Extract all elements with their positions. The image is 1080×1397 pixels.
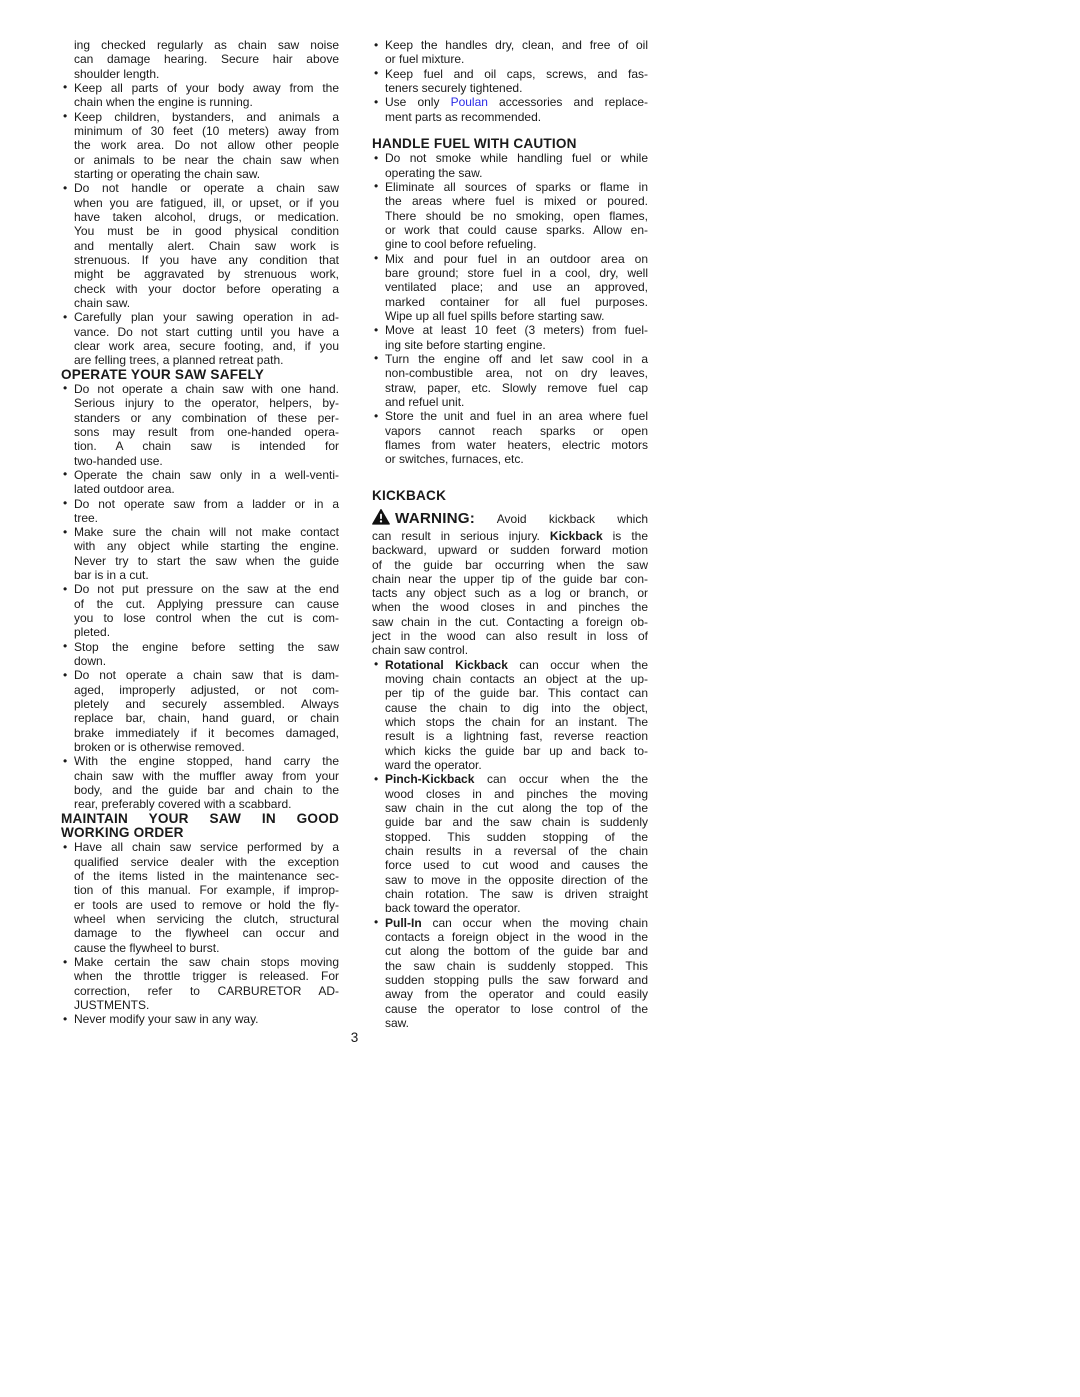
bullet-icon: • <box>63 1012 67 1026</box>
section-heading: OPERATE YOUR SAW SAFELY <box>61 368 339 382</box>
bullet-icon: • <box>374 66 378 80</box>
bullet-item: •Pull-In can occur when the moving chain… <box>372 916 648 1031</box>
text-line: You must be in good physical condition <box>74 224 339 238</box>
bullet-icon: • <box>374 772 378 786</box>
text-line: ventilated place; and use an approved, <box>385 280 648 294</box>
text-line: There should be no smoking, open flames, <box>385 209 648 223</box>
text-line: Do not put pressure on the saw at the en… <box>74 582 339 596</box>
text-line: Make sure the chain will not make contac… <box>74 525 339 539</box>
text-line: when you are fatigued, ill, or upset, or… <box>74 196 339 210</box>
bullet-item: •Keep children, bystanders, and animals … <box>61 110 339 182</box>
text-line: of the guide bar occurring when the saw <box>372 558 648 572</box>
text-line: Use only Poulan accessories and replace- <box>385 95 648 109</box>
text-line: can damage hearing. Secure hair above <box>74 52 339 66</box>
text-line: Keep the handles dry, clean, and free of… <box>385 38 648 52</box>
bullet-icon: • <box>63 310 67 324</box>
bullet-icon: • <box>63 109 67 123</box>
text-line: standers or any combination of these per… <box>74 411 339 425</box>
bullet-item: •Do not operate a chain saw that is dam-… <box>61 668 339 754</box>
bullet-icon: • <box>63 668 67 682</box>
text-line: qualified service dealer with the except… <box>74 855 339 869</box>
text-line: which stops the chain for an instant. Th… <box>385 715 648 729</box>
text-line: wood closes in and pinches the moving <box>385 787 648 801</box>
text-line: brake immediately if it becomes damaged, <box>74 726 339 740</box>
text-line: broken or is otherwise removed. <box>74 740 339 754</box>
text-line: backward, upward or sudden forward motio… <box>372 543 648 557</box>
bullet-icon: • <box>63 639 67 653</box>
bullet-item: •Have all chain saw service performed by… <box>61 840 339 955</box>
text-line: of the items listed in the maintenance s… <box>74 869 339 883</box>
text-line: minimum of 30 feet (10 meters) away from <box>74 124 339 138</box>
text-line: of the cut. Applying pressure can cause <box>74 597 339 611</box>
text-line: WORKING ORDER <box>61 826 339 840</box>
text-line: flames from water heaters, electric moto… <box>385 438 648 452</box>
text-line: the saw chain is suddenly stopped. This <box>385 959 648 973</box>
bullet-item: •Pinch-Kickback can occur when the thewo… <box>372 772 648 915</box>
text-line: ing site before starting engine. <box>385 338 648 352</box>
bullet-item: •Stop the engine before setting the sawd… <box>61 640 339 669</box>
bullet-icon: • <box>374 657 378 671</box>
text-line: contacts a foreign object in the wood in… <box>385 930 648 944</box>
text-line: tree. <box>74 511 339 525</box>
text-line: HANDLE FUEL WITH CAUTION <box>372 137 648 151</box>
text-line: ment parts as recommended. <box>385 110 648 124</box>
text-line: you to lose control when the cut is com- <box>74 611 339 625</box>
text-line: Wipe up all fuel spills before starting … <box>385 309 648 323</box>
text-line: strenuous. If you have any condition tha… <box>74 253 339 267</box>
bullet-icon: • <box>374 95 378 109</box>
text-line: pletely and securely assembled. Always <box>74 697 339 711</box>
bullet-icon: • <box>63 80 67 94</box>
text-line: body, and the guide bar and chain to the <box>74 783 339 797</box>
bullet-item: •Move at least 10 feet (3 meters) from f… <box>372 323 648 352</box>
text-line: guide bar and the saw chain is suddenly <box>385 815 648 829</box>
section-heading: HANDLE FUEL WITH CAUTION <box>372 137 648 151</box>
text-line: moving chain contacts an object at the u… <box>385 672 648 686</box>
bullet-icon: • <box>374 38 378 52</box>
text-line: Do not operate a chain saw that is dam- <box>74 668 339 682</box>
text-line: saw chain in the cut along the top of th… <box>385 801 648 815</box>
text-line: or fuel mixture. <box>385 52 648 66</box>
bullet-icon: • <box>63 381 67 395</box>
bullet-icon: • <box>63 525 67 539</box>
text-line: Carefully plan your sawing operation in … <box>74 310 339 324</box>
text-line: cause the flywheel to burst. <box>74 941 339 955</box>
bullet-icon: • <box>374 915 378 929</box>
bullet-icon: • <box>374 251 378 265</box>
text-line: gine to cool before refueling. <box>385 237 648 251</box>
bullet-item: •Carefully plan your sawing operation in… <box>61 310 339 367</box>
text-line: KICKBACK <box>372 489 648 503</box>
text-line: the work area. Do not allow other people <box>74 138 339 152</box>
bullet-item: •Do not handle or operate a chain sawwhe… <box>61 181 339 310</box>
text-line: marked container for all fuel purposes. <box>385 295 648 309</box>
text-line: or switches, furnaces, etc. <box>385 452 648 466</box>
text-line: damage to the flywheel can occur and <box>74 926 339 940</box>
text-line: two-handed use. <box>74 454 339 468</box>
bullet-icon: • <box>63 496 67 510</box>
column-right: •Keep the handles dry, clean, and free o… <box>372 38 648 1030</box>
text-line: Do not operate saw from a ladder or in a <box>74 497 339 511</box>
text-line: With the engine stopped, hand carry the <box>74 754 339 768</box>
text-line: might be aggravated by strenuous work, <box>74 267 339 281</box>
bullet-icon: • <box>63 582 67 596</box>
text-line: Stop the engine before setting the saw <box>74 640 339 654</box>
text-line: the areas where fuel is mixed or poured. <box>385 194 648 208</box>
bullet-icon: • <box>63 955 67 969</box>
text-line: Mix and pour fuel in an outdoor area on <box>385 252 648 266</box>
text-line: ward the operator. <box>385 758 648 772</box>
warning-triangle-icon <box>372 509 390 525</box>
text-line: cause the chain to dig into the object, <box>385 701 648 715</box>
section-heading: MAINTAIN YOUR SAW IN GOODWORKING ORDER <box>61 812 339 841</box>
text-line: Rotational Kickback can occur when the <box>385 658 648 672</box>
text-line: with any object while starting the engin… <box>74 539 339 553</box>
bullet-icon: • <box>374 179 378 193</box>
bullet-item: •Do not operate saw from a ladder or in … <box>61 497 339 526</box>
text-line: sudden stopping pulls the saw forward an… <box>385 973 648 987</box>
bullet-icon: • <box>63 467 67 481</box>
bullet-icon: • <box>63 840 67 854</box>
text-line: chain saw with the muffler away from you… <box>74 769 339 783</box>
text-line: can result in serious injury. Kickback i… <box>372 529 648 543</box>
text-line: per tip of the guide bar. This contact c… <box>385 686 648 700</box>
text-line: saw chain in the cut. Contacting a forei… <box>372 615 648 629</box>
bullet-item: •Operate the chain saw only in a well-ve… <box>61 468 339 497</box>
bullet-item: •Do not operate a chain saw with one han… <box>61 382 339 468</box>
bullet-item: •Never modify your saw in any way. <box>61 1012 339 1026</box>
text-line: lated outdoor area. <box>74 482 339 496</box>
text-line: ject in the wood can also result in loss… <box>372 629 648 643</box>
text-line: saw to move in the opposite direction of… <box>385 873 648 887</box>
text-line: Keep children, bystanders, and animals a <box>74 110 339 124</box>
bullet-item: •With the engine stopped, hand carry the… <box>61 754 339 811</box>
text-line: cause the operator to lose control of th… <box>385 1002 648 1016</box>
text-line: Move at least 10 feet (3 meters) from fu… <box>385 323 648 337</box>
warning-label: WARNING: <box>395 510 475 527</box>
text-line: Store the unit and fuel in an area where… <box>385 409 648 423</box>
text-line: Turn the engine off and let saw cool in … <box>385 352 648 366</box>
text-line: aged, improperly adjusted, or not com- <box>74 683 339 697</box>
text-line: and refuel unit. <box>385 395 648 409</box>
text-line: clear work area, secure footing, and, if… <box>74 339 339 353</box>
bullet-item: •Rotational Kickback can occur when them… <box>372 658 648 773</box>
text-line: Do not handle or operate a chain saw <box>74 181 339 195</box>
text-line: pleted. <box>74 625 339 639</box>
manual-page: ing checked regularly as chain saw noise… <box>0 0 1080 1397</box>
section-heading: KICKBACK <box>372 489 648 503</box>
text-line: or animals to be near the chain saw when <box>74 153 339 167</box>
bullet-icon: • <box>63 181 67 195</box>
text-line: Eliminate all sources of sparks or flame… <box>385 180 648 194</box>
text-line: er tools are used to remove or hold the … <box>74 898 339 912</box>
text-line: down. <box>74 654 339 668</box>
bullet-item: •Turn the engine off and let saw cool in… <box>372 352 648 409</box>
text-line: chain near the upper tip of the guide ba… <box>372 572 648 586</box>
text-line: Keep fuel and oil caps, screws, and fas- <box>385 67 648 81</box>
text-line: ing checked regularly as chain saw noise <box>74 38 339 52</box>
bullet-icon: • <box>374 409 378 423</box>
text-line: back toward the operator. <box>385 901 648 915</box>
text-line: non-combustible area, not on dry leaves, <box>385 366 648 380</box>
text-line: Never modify your saw in any way. <box>74 1012 339 1026</box>
bullet-item: •Do not smoke while handling fuel or whi… <box>372 151 648 180</box>
text-line: JUSTMENTS. <box>74 998 339 1012</box>
text-line: Have all chain saw service performed by … <box>74 840 339 854</box>
text-line: Pull-In can occur when the moving chain <box>385 916 648 930</box>
bullet-icon: • <box>374 351 378 365</box>
bullet-icon: • <box>63 754 67 768</box>
text-line: bare ground; store fuel in a cool, dry, … <box>385 266 648 280</box>
text-line: WARNING: Avoid kickback which <box>372 509 648 529</box>
text-line: which kicks the guide bar up and back to… <box>385 744 648 758</box>
bullet-item: •Keep all parts of your body away from t… <box>61 81 339 110</box>
text-line: OPERATE YOUR SAW SAFELY <box>61 368 339 382</box>
text-line: chain saw control. <box>372 643 648 657</box>
text-line: and mentally alert. Chain saw work is <box>74 239 339 253</box>
text-line: result is a lightning fast, reverse reac… <box>385 729 648 743</box>
text-line: Do not operate a chain saw with one hand… <box>74 382 339 396</box>
text-line: replace bar, chain, hand guard, or chain <box>74 711 339 725</box>
bullet-item: •Make certain the saw chain stops moving… <box>61 955 339 1012</box>
text-line: shoulder length. <box>74 67 339 81</box>
text-line: chain saw. <box>74 296 339 310</box>
paragraph-continuation: ing checked regularly as chain saw noise… <box>61 38 339 81</box>
text-line: sons may result from one-handed opera- <box>74 425 339 439</box>
text-line: bar is in a cut. <box>74 568 339 582</box>
bullet-item: •Store the unit and fuel in an area wher… <box>372 409 648 466</box>
bullet-item: •Mix and pour fuel in an outdoor area on… <box>372 252 648 324</box>
page-number: 3 <box>61 1030 648 1045</box>
text-line: vance. Do not start cutting until you ha… <box>74 325 339 339</box>
text-line: when the wood closes in and pinches the <box>372 600 648 614</box>
text-line: are felling trees, a planned retreat pat… <box>74 353 339 367</box>
text-line: tion of this manual. For example, if imp… <box>74 883 339 897</box>
column-left: ing checked regularly as chain saw noise… <box>61 38 339 1027</box>
text-line: chain rotation. The saw is driven straig… <box>385 887 648 901</box>
text-line: chain when the engine is running. <box>74 95 339 109</box>
text-line: away from the operator and could easily <box>385 987 648 1001</box>
text-line: Never try to start the saw when the guid… <box>74 554 339 568</box>
text-line: tion. A chain saw is intended for <box>74 439 339 453</box>
text-line: cut along the bottom of the guide bar an… <box>385 944 648 958</box>
bullet-item: •Make sure the chain will not make conta… <box>61 525 339 582</box>
bullet-item: •Keep fuel and oil caps, screws, and fas… <box>372 67 648 96</box>
text-line: teners securely tightened. <box>385 81 648 95</box>
text-line: straw, paper, etc. Slowly remove fuel ca… <box>385 381 648 395</box>
bullet-item: •Eliminate all sources of sparks or flam… <box>372 180 648 252</box>
text-line: starting or operating the chain saw. <box>74 167 339 181</box>
text-line: have taken alcohol, drugs, or medication… <box>74 210 339 224</box>
text-line: Keep all parts of your body away from th… <box>74 81 339 95</box>
text-line: tacts any object such as a log or branch… <box>372 586 648 600</box>
text-line: Make certain the saw chain stops moving <box>74 955 339 969</box>
text-line: check with your doctor before operating … <box>74 282 339 296</box>
text-line: correction, refer to CARBURETOR AD- <box>74 984 339 998</box>
text-line: rear, preferably covered with a scabbard… <box>74 797 339 811</box>
bullet-item: •Keep the handles dry, clean, and free o… <box>372 38 648 67</box>
bullet-icon: • <box>374 323 378 337</box>
text-line: chain results in a reversal of the chain <box>385 844 648 858</box>
text-line: vapors cannot reach sparks or open <box>385 424 648 438</box>
text-line: Pinch-Kickback can occur when the the <box>385 772 648 786</box>
text-line: force used to cut wood and causes the <box>385 858 648 872</box>
warning-note: WARNING: Avoid kickback whichcan result … <box>372 509 648 658</box>
text-line: operating the saw. <box>385 166 648 180</box>
text-line: Do not smoke while handling fuel or whil… <box>385 151 648 165</box>
bullet-icon: • <box>374 151 378 165</box>
text-line: Serious injury to the operator, helpers,… <box>74 396 339 410</box>
text-line: saw. <box>385 1016 648 1030</box>
text-line: stopped. This sudden stopping of the <box>385 830 648 844</box>
text-line: MAINTAIN YOUR SAW IN GOOD <box>61 812 339 826</box>
text-line: when the throttle trigger is released. F… <box>74 969 339 983</box>
bullet-item: •Do not put pressure on the saw at the e… <box>61 582 339 639</box>
poulan-brand-text: Poulan <box>451 95 488 109</box>
text-line: wheel when servicing the clutch, structu… <box>74 912 339 926</box>
bullet-item: •Use only Poulan accessories and replace… <box>372 95 648 124</box>
text-line: Operate the chain saw only in a well-ven… <box>74 468 339 482</box>
text-line: or work that could cause sparks. Allow e… <box>385 223 648 237</box>
